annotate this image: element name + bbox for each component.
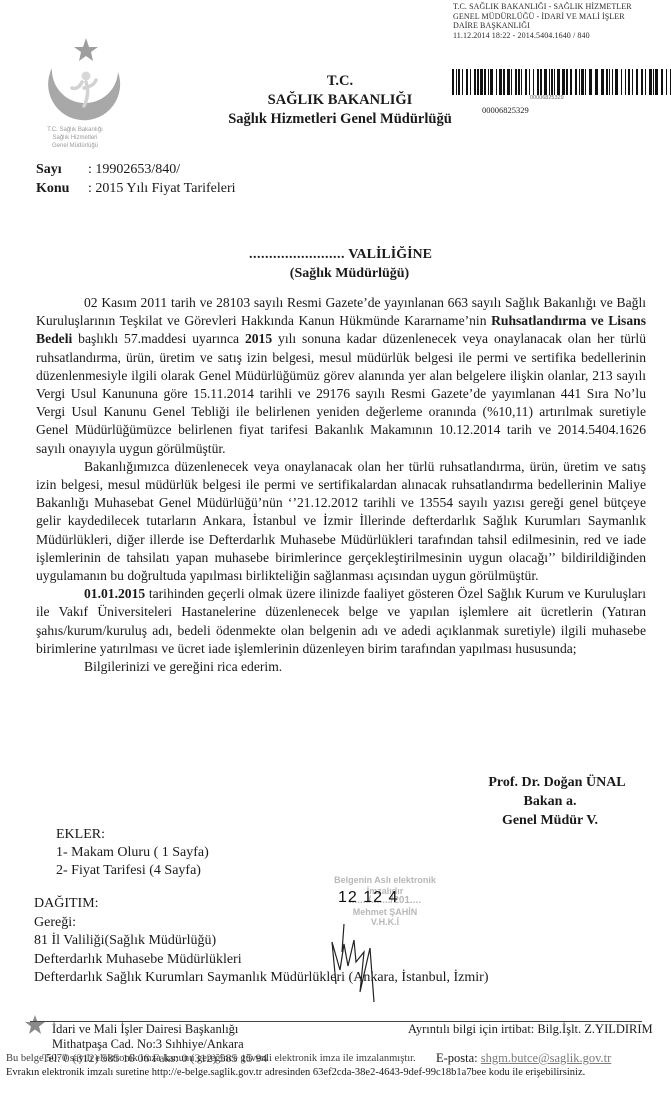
addressee-line: ........................ VALİLİĞİNE	[0, 245, 671, 264]
footer-tel-fax: Tel: 0 (312) 585 16 06 Faks: 0 (312) 585…	[42, 1052, 267, 1065]
star-icon	[24, 1014, 46, 1036]
paragraph-closing: Bilgilerinizi ve gereğini rica ederim.	[36, 658, 646, 676]
distribution-item: 81 İl Valiliği(Sağlık Müdürlüğü)	[34, 932, 489, 951]
stamp-line: T.C. SAĞLIK BAKANLIĞI - SAĞLIK HİZMETLER	[453, 2, 671, 12]
distribution-subtitle: Gereği:	[34, 914, 489, 933]
document-number: 00006825329	[482, 105, 529, 115]
signatory-role: Bakan a.	[450, 792, 650, 811]
email-label: E-posta:	[436, 1051, 481, 1065]
bold-text: 2015	[245, 331, 272, 346]
konu-row: Konu: 2015 Yılı Fiyat Tarifeleri	[36, 179, 236, 198]
registry-stamp: T.C. SAĞLIK BAKANLIĞI - SAĞLIK HİZMETLER…	[453, 2, 671, 40]
stamp-date-line: 11.12.2014 18:22 - 2014.5404.1640 / 840	[453, 31, 671, 41]
barcode-number: 00006825329	[530, 95, 564, 101]
stamp-line: GENEL MÜDÜRLÜĞÜ - İDARİ VE MALİ İŞLER	[453, 12, 671, 22]
footer-esign-notice: Bu belge 5070 sayılı elektronik imza kan…	[6, 1052, 416, 1065]
paragraph-3: 01.01.2015 tarihinden geçerli olmak üzer…	[36, 585, 646, 658]
konu-label: Konu	[36, 179, 88, 198]
footer-verification: Evrakın elektronik imzalı suretine http:…	[6, 1066, 585, 1079]
distribution-item: Defterdarlık Sağlık Kurumları Saymanlık …	[34, 969, 489, 988]
addressee-title: VALİLİĞİNE	[345, 247, 432, 262]
esign-line: Belgenin Aslı elektronik	[320, 875, 450, 886]
attachment-item: 2- Fiyat Tarifesi (4 Sayfa)	[56, 862, 209, 880]
email-link[interactable]: shgm.butce@saglik.gov.tr	[481, 1051, 611, 1065]
footer-contact: Ayrıntılı bilgi için irtibat: Bilg.İşlt.…	[408, 1022, 653, 1037]
sayi-row: Sayı: 19902653/840/	[36, 160, 236, 179]
distribution-list: DAĞITIM: Gereği: 81 İl Valiliği(Sağlık M…	[34, 895, 489, 988]
logo-caption-line: Sağlık Hizmetleri	[20, 134, 130, 142]
text: yılı sonuna kadar düzenlenecek veya onay…	[36, 331, 646, 455]
ministry-logo-icon	[30, 28, 130, 138]
sayi-label: Sayı	[36, 160, 88, 179]
addressee-dots: ........................	[249, 247, 345, 262]
footer-department: İdari ve Mali İşler Dairesi Başkanlığı	[52, 1022, 244, 1037]
distribution-item: Defterdarlık Muhasebe Müdürlükleri	[34, 951, 489, 970]
footer-email: E-posta: shgm.butce@saglik.gov.tr	[436, 1051, 611, 1066]
paragraph-1: 02 Kasım 2011 tarih ve 28103 sayılı Resm…	[36, 294, 646, 458]
letterhead-title: T.C. SAĞLIK BAKANLIĞI Sağlık Hizmetleri …	[200, 72, 480, 129]
letterhead-tc: T.C.	[200, 72, 480, 91]
paragraph-2: Bakanlığımızca düzenlenecek veya onaylan…	[36, 458, 646, 585]
signatory-title: Genel Müdür V.	[450, 811, 650, 830]
addressee-subtitle: (Sağlık Müdürlüğü)	[0, 264, 671, 283]
letterhead-ministry: SAĞLIK BAKANLIĞI	[200, 91, 480, 110]
attachment-item: 1- Makam Oluru ( 1 Sayfa)	[56, 844, 209, 862]
signature-block: Prof. Dr. Doğan ÜNAL Bakan a. Genel Müdü…	[450, 773, 650, 830]
footer-street: Mithatpaşa Cad. No:3 Sıhhiye/Ankara	[52, 1037, 244, 1052]
document-meta: Sayı: 19902653/840/ Konu: 2015 Yılı Fiya…	[36, 160, 236, 198]
konu-value: : 2015 Yılı Fiyat Tarifeleri	[88, 181, 236, 196]
stamp-line: DAİRE BAŞKANLIĞI	[453, 21, 671, 31]
letterhead-directorate: Sağlık Hizmetleri Genel Müdürlüğü	[200, 110, 480, 129]
addressee: ........................ VALİLİĞİNE (Sağ…	[0, 245, 671, 283]
attachments: EKLER: 1- Makam Oluru ( 1 Sayfa) 2- Fiya…	[56, 826, 209, 880]
logo-caption-line: T.C. Sağlık Bakanlığı	[20, 126, 130, 134]
bold-text: 01.01.2015	[84, 586, 145, 601]
handwritten-signature-icon	[330, 922, 410, 1002]
barcode-icon	[452, 69, 671, 95]
text: başlıklı 57.maddesi uyarınca	[72, 331, 245, 346]
signatory-name: Prof. Dr. Doğan ÜNAL	[450, 773, 650, 792]
footer-address: İdari ve Mali İşler Dairesi Başkanlığı M…	[52, 1022, 244, 1052]
attachments-title: EKLER:	[56, 826, 209, 844]
logo-caption: T.C. Sağlık Bakanlığı Sağlık Hizmetleri …	[20, 126, 130, 150]
sayi-value: : 19902653/840/	[88, 162, 180, 177]
logo-caption-line: Genel Müdürlüğü	[20, 142, 130, 150]
letter-body: 02 Kasım 2011 tarih ve 28103 sayılı Resm…	[36, 294, 646, 676]
distribution-title: DAĞITIM:	[34, 895, 489, 914]
